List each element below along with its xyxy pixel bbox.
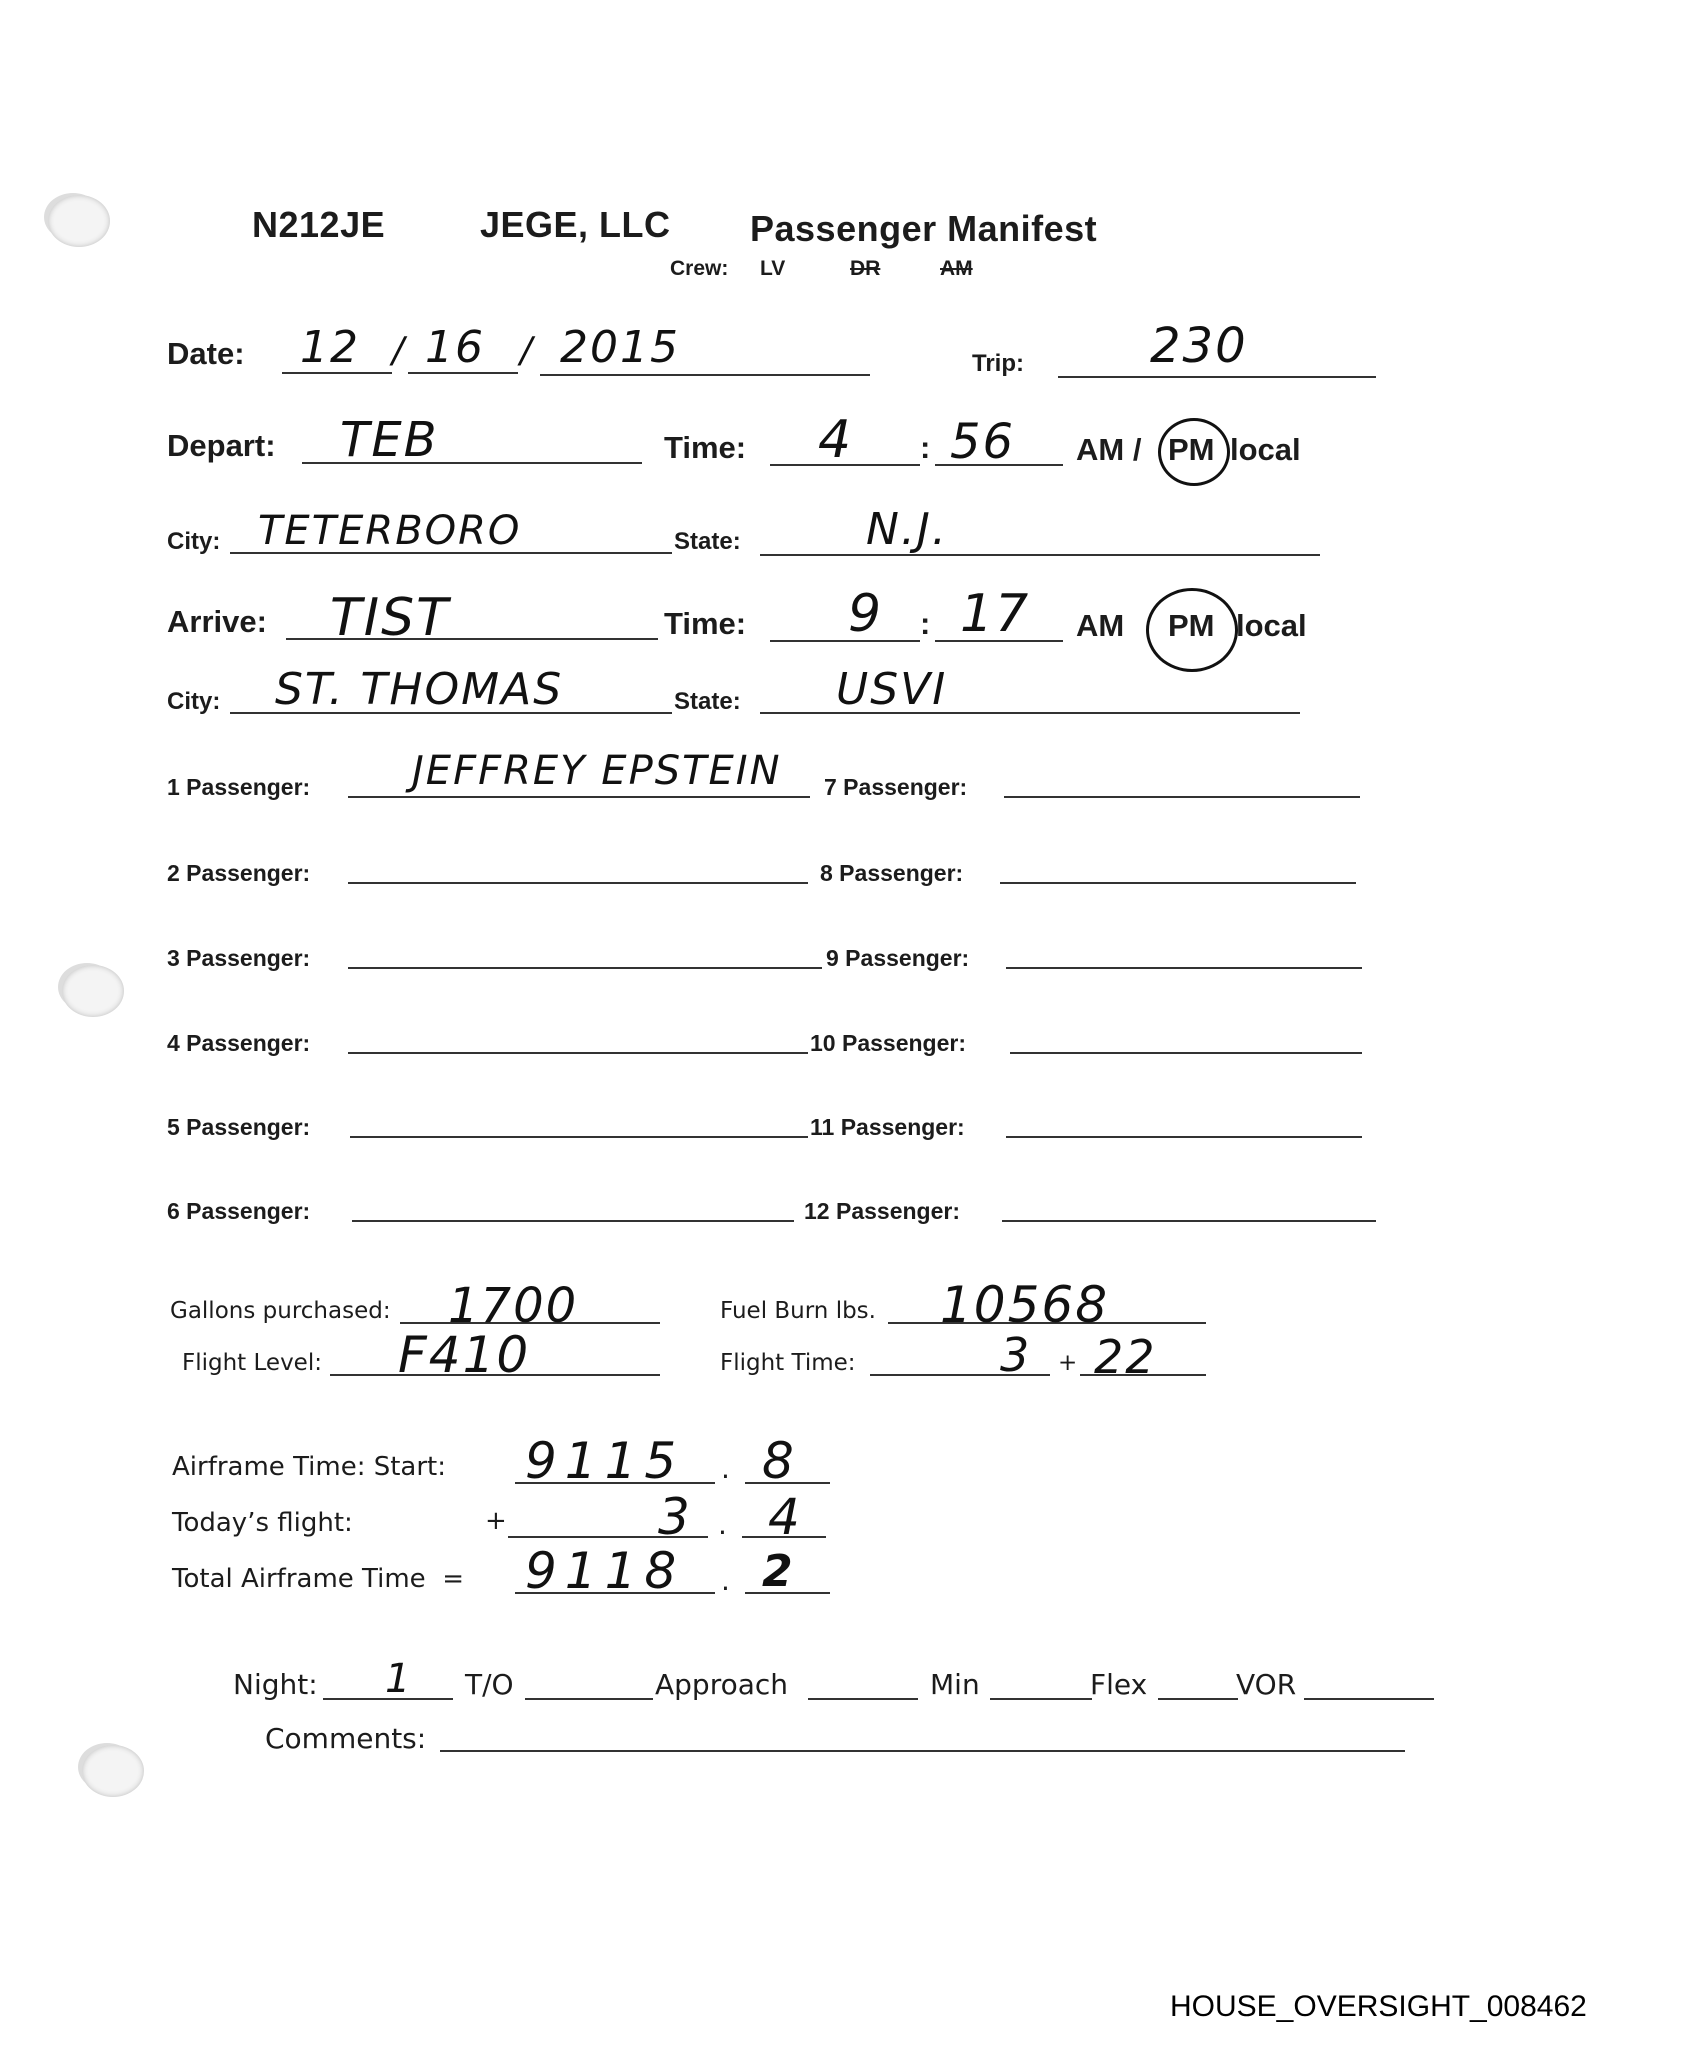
- passenger-label: 3 Passenger:: [167, 945, 310, 972]
- todays-flight-label: Today’s flight:: [172, 1508, 353, 1538]
- arrive-city-value[interactable]: ST. THOMAS: [275, 664, 563, 715]
- airframe-dot: .: [721, 1564, 730, 1597]
- todays-flight-whole-value[interactable]: 3: [658, 1488, 692, 1546]
- page-title: Passenger Manifest: [750, 208, 1097, 250]
- arrive-state-value[interactable]: USVI: [836, 664, 947, 715]
- punch-hole-top: [48, 195, 110, 247]
- depart-state-label: State:: [674, 528, 741, 556]
- time-colon: :: [920, 606, 930, 642]
- total-airframe-label: Total Airframe Time =: [172, 1564, 464, 1594]
- passenger-line: [348, 796, 810, 798]
- passenger-label: 8 Passenger:: [820, 860, 963, 887]
- todays-flight-plus: +: [485, 1506, 507, 1536]
- passenger-line: [1000, 882, 1356, 884]
- vor-label: VOR: [1236, 1668, 1296, 1701]
- date-month-value[interactable]: 12: [300, 322, 360, 373]
- passenger-line: [348, 882, 808, 884]
- night-label: Night:: [233, 1668, 318, 1701]
- depart-label: Depart:: [167, 428, 276, 464]
- vor-line: [1304, 1698, 1434, 1700]
- flight-time-hours-value[interactable]: 3: [1000, 1328, 1031, 1382]
- passenger-label: 12 Passenger:: [804, 1198, 960, 1225]
- total-airframe-whole-value[interactable]: 9118: [525, 1542, 684, 1600]
- night-value[interactable]: 1: [385, 1656, 412, 1702]
- passenger-line: [1010, 1052, 1362, 1054]
- gallons-label: Gallons purchased:: [170, 1298, 391, 1324]
- min-line: [990, 1698, 1092, 1700]
- passenger-line: [352, 1220, 794, 1222]
- depart-min-value[interactable]: 56: [950, 414, 1015, 470]
- flight-level-label: Flight Level:: [182, 1350, 322, 1376]
- flex-line: [1158, 1698, 1238, 1700]
- airframe-start-whole-value[interactable]: 9115: [525, 1432, 684, 1490]
- passenger-line: [1002, 1220, 1376, 1222]
- comments-line[interactable]: [440, 1750, 1405, 1752]
- arrive-pm-selected-circle: [1146, 588, 1238, 672]
- passenger-label: 1 Passenger:: [167, 774, 310, 801]
- depart-local-label: local: [1230, 432, 1301, 468]
- passenger-line: [1004, 796, 1360, 798]
- date-year-value[interactable]: 2015: [560, 322, 680, 373]
- passenger-label: 10 Passenger:: [810, 1030, 966, 1057]
- arrive-hour-value[interactable]: 9: [848, 584, 883, 644]
- depart-hour-value[interactable]: 4: [818, 410, 853, 470]
- depart-time-label: Time:: [664, 430, 746, 466]
- depart-am-option[interactable]: AM /: [1076, 432, 1141, 468]
- passenger-label: 11 Passenger:: [810, 1114, 965, 1141]
- crew-member-am-struck: AM: [940, 257, 973, 281]
- flight-time-minutes-value[interactable]: 22: [1094, 1330, 1157, 1384]
- arrive-city-label: City:: [167, 688, 220, 716]
- arrive-value[interactable]: TIST: [330, 588, 450, 648]
- punch-hole-middle: [62, 965, 124, 1017]
- depart-city-value[interactable]: TETERBORO: [258, 508, 521, 554]
- passenger-line: [1006, 967, 1362, 969]
- passenger-label: 6 Passenger:: [167, 1198, 310, 1225]
- arrive-min-value[interactable]: 17: [960, 584, 1030, 644]
- fuel-burn-value[interactable]: 10568: [940, 1276, 1109, 1334]
- todays-flight-tenths-value[interactable]: 4: [768, 1488, 802, 1546]
- tail-number: N212JE: [252, 204, 385, 246]
- date-label: Date:: [167, 336, 245, 372]
- comments-label: Comments:: [265, 1722, 426, 1755]
- passenger-label: 9 Passenger:: [826, 945, 969, 972]
- depart-state-line: [760, 554, 1320, 556]
- date-year-line: [540, 374, 870, 376]
- date-separator: /: [520, 330, 534, 371]
- total-airframe-tenths-value[interactable]: 2: [762, 1546, 795, 1597]
- punch-hole-bottom: [82, 1745, 144, 1797]
- airframe-start-label: Airframe Time: Start:: [172, 1452, 446, 1482]
- arrive-state-label: State:: [674, 688, 741, 716]
- flight-level-value[interactable]: F410: [398, 1326, 530, 1384]
- trip-label: Trip:: [972, 350, 1024, 378]
- airframe-start-tenths-value[interactable]: 8: [762, 1432, 796, 1490]
- trip-line: [1058, 376, 1376, 378]
- passenger-line: [1006, 1136, 1362, 1138]
- passenger-line: [348, 967, 822, 969]
- bates-number: HOUSE_OVERSIGHT_008462: [1170, 1990, 1587, 2024]
- to-label: T/O: [465, 1668, 514, 1701]
- date-separator: /: [392, 330, 406, 371]
- depart-pm-selected-circle: [1158, 418, 1230, 486]
- to-line: [525, 1698, 653, 1700]
- flight-time-plus: +: [1058, 1350, 1077, 1376]
- arrive-local-label: local: [1236, 608, 1307, 644]
- passenger-line: [348, 1052, 808, 1054]
- depart-city-label: City:: [167, 528, 220, 556]
- passenger-label: 4 Passenger:: [167, 1030, 310, 1057]
- passenger-label: 7 Passenger:: [824, 774, 967, 801]
- airframe-dot: .: [718, 1508, 727, 1541]
- time-colon: :: [920, 430, 930, 466]
- passenger-line: [350, 1136, 808, 1138]
- passenger-name-value[interactable]: JEFFREY EPSTEIN: [412, 748, 782, 794]
- trip-value[interactable]: 230: [1150, 318, 1248, 374]
- passenger-label: 5 Passenger:: [167, 1114, 310, 1141]
- airframe-dot: .: [721, 1452, 730, 1485]
- fuel-burn-label: Fuel Burn lbs.: [720, 1298, 876, 1324]
- depart-value[interactable]: TEB: [340, 412, 439, 468]
- min-label: Min: [930, 1668, 980, 1701]
- arrive-am-option[interactable]: AM: [1076, 608, 1124, 644]
- arrive-time-label: Time:: [664, 606, 746, 642]
- flight-time-label: Flight Time:: [720, 1350, 856, 1376]
- date-day-value[interactable]: 16: [425, 322, 485, 373]
- depart-state-value[interactable]: N.J.: [866, 504, 948, 555]
- crew-member-dr-struck: DR: [850, 257, 880, 281]
- arrive-label: Arrive:: [167, 604, 267, 640]
- crew-label: Crew:: [670, 257, 728, 281]
- arrive-hour-line: [770, 640, 920, 642]
- approach-line: [808, 1698, 918, 1700]
- crew-member-lv: LV: [760, 257, 785, 281]
- approach-label: Approach: [655, 1668, 788, 1701]
- flex-label: Flex: [1090, 1668, 1147, 1701]
- company-name: JEGE, LLC: [480, 204, 671, 246]
- passenger-label: 2 Passenger:: [167, 860, 310, 887]
